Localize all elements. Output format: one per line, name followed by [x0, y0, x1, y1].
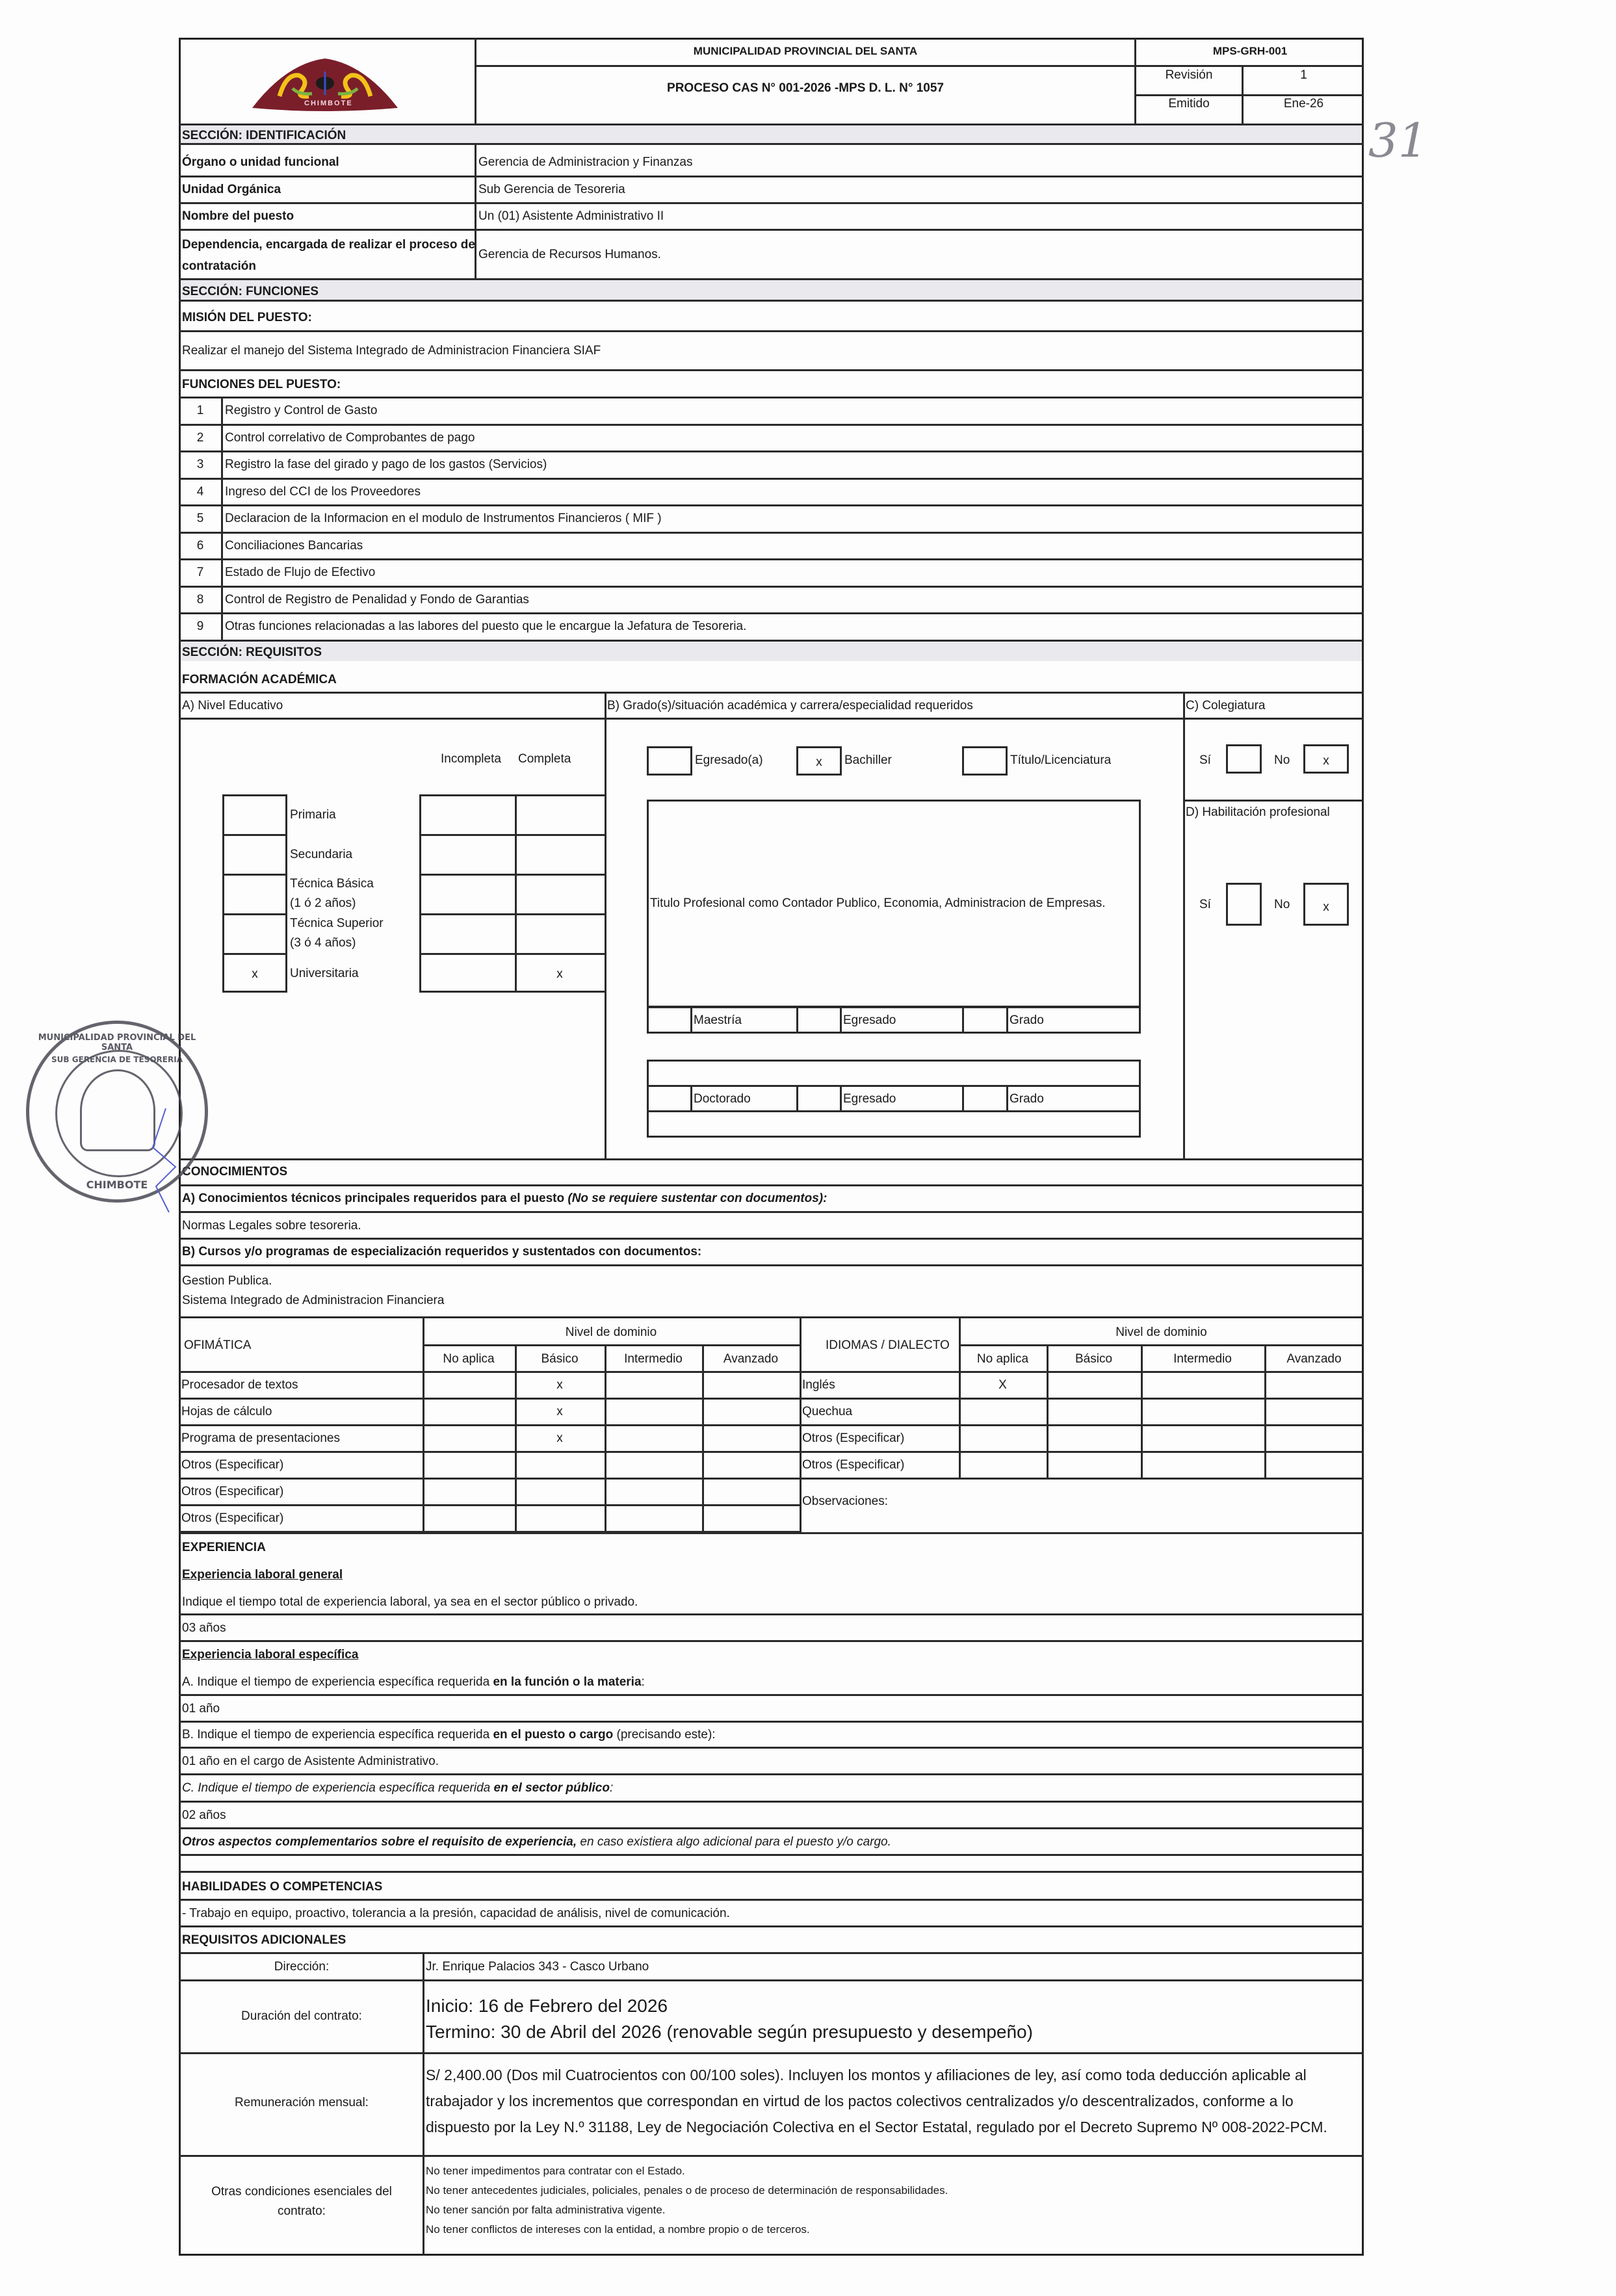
experiencia-a-prompt: A. Indique el tiempo de experiencia espe… [182, 1676, 645, 1688]
horizontal-rule [179, 1371, 800, 1373]
habilitacion-si-checkbox[interactable] [1226, 883, 1262, 926]
condiciones-label-2: contrato: [181, 2205, 423, 2217]
horizontal-rule [179, 1451, 800, 1453]
horizontal-rule [179, 1613, 1364, 1615]
nivel-label: Universitaria [290, 967, 359, 980]
experiencia-general-prompt: Indique el tiempo total de experiencia l… [182, 1596, 638, 1608]
handwritten-page-number: 31 [1368, 117, 1428, 164]
horizontal-rule [179, 397, 1364, 398]
municipality-logo: CHIMBOTE [247, 57, 403, 112]
funcion-number: 5 [181, 512, 220, 525]
vertical-rule [840, 1085, 842, 1112]
ofimatica-column-header: Intermedio [605, 1353, 702, 1365]
funcion-text: Conciliaciones Bancarias [225, 540, 363, 552]
doctorado-label: Doctorado [694, 1093, 751, 1105]
vertical-rule [796, 1085, 798, 1112]
conocimientos-title: CONOCIMIENTOS [182, 1166, 287, 1178]
conocimientos-b-value-1: Gestion Publica. [182, 1275, 272, 1287]
vertical-rule [962, 1006, 964, 1034]
issued-label: Emitido [1136, 98, 1242, 110]
horizontal-rule [179, 1211, 1364, 1213]
horizontal-rule [179, 532, 1364, 534]
horizontal-rule [1134, 94, 1364, 96]
experiencia-b-prompt-text: B. Indique el tiempo de experiencia espe… [182, 1728, 493, 1742]
horizontal-rule [179, 478, 1364, 480]
horizontal-rule [179, 586, 1364, 588]
revision-label: Revisión [1136, 69, 1242, 81]
grado-option-label: Bachiller [844, 754, 892, 766]
doctorado-footer-row [647, 1110, 1141, 1138]
funcion-text: Registro y Control de Gasto [225, 404, 377, 417]
horizontal-rule [179, 369, 1364, 371]
horizontal-rule [959, 1344, 1364, 1346]
ofimatica-row-label: Programa de presentaciones [181, 1432, 340, 1444]
horizontal-rule [179, 229, 1364, 231]
horizontal-rule [179, 1899, 1364, 1901]
doctorado-egresado-label: Egresado [843, 1093, 896, 1105]
conocimientos-b-value-2: Sistema Integrado de Administracion Fina… [182, 1294, 444, 1307]
habilitacion-si-label: Sí [1199, 898, 1211, 911]
horizontal-rule [800, 1478, 1364, 1480]
idiomas-column-header: Avanzado [1264, 1353, 1364, 1365]
horizontal-rule [179, 1721, 1364, 1723]
ofimatica-column-header: No aplica [423, 1353, 515, 1365]
nivel-selected-mark[interactable]: x [222, 967, 287, 982]
horizontal-rule [179, 1316, 1364, 1318]
doctorado-header-row [647, 1060, 1141, 1087]
horizontal-rule [179, 2155, 1364, 2157]
vertical-rule [840, 1006, 842, 1034]
logo-text: CHIMBOTE [304, 100, 353, 107]
experiencia-otros-bold: Otros aspectos complementarios sobre el … [182, 1835, 577, 1849]
condicion-4: No tener conflictos de intereses con la … [426, 2224, 810, 2235]
horizontal-rule [179, 143, 1364, 145]
ofimatica-nivel-label: Nivel de dominio [423, 1326, 800, 1338]
condicion-2: No tener antecedentes judiciales, polici… [426, 2185, 948, 2196]
horizontal-rule [179, 424, 1364, 426]
experiencia-b-prompt-bold: en el puesto o cargo [493, 1728, 613, 1742]
funcion-number: 2 [181, 432, 220, 444]
idiomas-column-header: Básico [1047, 1353, 1141, 1365]
process-title: PROCESO CAS N° 001-2026 -MPS D. L. N° 10… [476, 82, 1134, 94]
horizontal-rule [179, 1424, 800, 1426]
duracion-label: Duración del contrato: [181, 2010, 423, 2022]
vertical-rule [796, 1006, 798, 1034]
experiencia-c-prompt: C. Indique el tiempo de experiencia espe… [182, 1782, 613, 1794]
colegiatura-si-label: Sí [1199, 754, 1211, 766]
section-title-identificacion: SECCIÓN: IDENTIFICACIÓN [182, 129, 346, 142]
horizontal-rule [179, 1478, 800, 1480]
horizontal-rule [419, 874, 605, 876]
experiencia-b-value: 01 año en el cargo de Asistente Administ… [182, 1755, 439, 1768]
ofimatica-row-label: Hojas de cálculo [181, 1405, 272, 1418]
experiencia-a-prompt-text: A. Indique el tiempo de experiencia espe… [182, 1675, 493, 1689]
horizontal-rule [179, 1158, 1364, 1160]
remuneracion-line-1: S/ 2,400.00 (Dos mil Cuatrocientos con 0… [426, 2068, 1307, 2083]
ofimatica-level-cell[interactable]: x [515, 1432, 605, 1444]
funcion-number: 4 [181, 486, 220, 498]
vertical-rule [1006, 1006, 1008, 1034]
idiomas-row-label: Inglés [802, 1379, 835, 1391]
experiencia-a-prompt-bold: en la función o la materia [493, 1675, 641, 1689]
funcion-number: 6 [181, 540, 220, 552]
grado-option-checkbox[interactable] [962, 746, 1008, 776]
treasury-stamp: MUNICIPALIDAD PROVINCIAL DEL SANTA SUB G… [26, 1021, 208, 1203]
nivel-label: Secundaria [290, 848, 352, 861]
stamp-outer-text: MUNICIPALIDAD PROVINCIAL DEL SANTA [29, 1033, 205, 1052]
doctorado-grado-label: Grado [1010, 1093, 1044, 1105]
horizontal-rule [179, 1952, 1364, 1954]
funcion-text: Registro la fase del girado y pago de lo… [225, 458, 547, 471]
ofimatica-row-label: Otros (Especificar) [181, 1459, 283, 1471]
conocimientos-b-title: B) Cursos y/o programas de especializaci… [182, 1246, 701, 1258]
id-label-puesto: Nombre del puesto [182, 210, 294, 222]
mision-title: MISIÓN DEL PUESTO: [182, 311, 312, 324]
experiencia-otros-rest: en caso existiera algo adicional para el… [577, 1835, 891, 1849]
horizontal-rule [179, 1238, 1364, 1240]
habilidades-value: - Trabajo en equipo, proactivo, toleranc… [182, 1907, 730, 1920]
id-label-dependencia-2: contratación [182, 260, 256, 272]
grado-title: B) Grado(s)/situación académica y carrer… [607, 699, 973, 712]
duracion-termino: Termino: 30 de Abril del 2026 (renovable… [426, 2023, 1033, 2041]
idiomas-nivel-label: Nivel de dominio [959, 1326, 1364, 1338]
vertical-rule [1183, 692, 1185, 1160]
horizontal-rule [179, 176, 1364, 177]
nivel-status-grid [419, 794, 605, 993]
horizontal-rule [800, 1371, 1364, 1373]
signature-scribble-icon [140, 1108, 192, 1212]
conocimientos-a-value: Normas Legales sobre tesoreria. [182, 1220, 361, 1232]
condicion-1: No tener impedimentos para contratar con… [426, 2165, 685, 2176]
habilitacion-no-label: No [1274, 898, 1290, 911]
horizontal-rule [800, 1424, 1364, 1426]
nivel-label: Técnica Básica [290, 878, 374, 890]
document-code: MPS-GRH-001 [1136, 46, 1364, 57]
habilitacion-no-checkbox[interactable]: x [1303, 883, 1349, 926]
experiencia-a-value: 01 año [182, 1702, 220, 1715]
experiencia-c-value: 02 años [182, 1809, 226, 1821]
horizontal-rule [179, 1264, 1364, 1266]
remuneracion-line-2: trabajador y los incrementos que corresp… [426, 2094, 1294, 2109]
grado-option-label: Título/Licenciatura [1010, 754, 1111, 766]
horizontal-rule [179, 1854, 1364, 1856]
direccion-value: Jr. Enrique Palacios 343 - Casco Urbano [426, 1961, 649, 1973]
id-label-unidad: Unidad Orgánica [182, 183, 281, 196]
idiomas-row-label: Otros (Especificar) [802, 1432, 904, 1444]
horizontal-rule [800, 1398, 1364, 1400]
experiencia-b-prompt-end: (precisando este): [613, 1728, 715, 1742]
grado-option-label: Egresado(a) [695, 754, 763, 766]
horizontal-rule [222, 913, 287, 915]
experiencia-general-title: Experiencia laboral general [182, 1569, 343, 1581]
vertical-rule [690, 1006, 692, 1034]
formacion-title: FORMACIÓN ACADÉMICA [182, 673, 337, 686]
ofimatica-row-label: Otros (Especificar) [181, 1512, 283, 1524]
section-identificacion [181, 125, 1362, 143]
horizontal-rule [800, 1451, 1364, 1453]
grado-option-mark: x [796, 755, 842, 770]
experiencia-otros: Otros aspectos complementarios sobre el … [182, 1836, 891, 1848]
funcion-text: Control correlativo de Comprobantes de p… [225, 432, 475, 444]
horizontal-rule [222, 874, 287, 876]
id-value-puesto: Un (01) Asistente Administrativo II [478, 210, 664, 222]
layout-element [153, 1108, 176, 1212]
vertical-rule [515, 794, 517, 993]
horizontal-rule [179, 1871, 1364, 1873]
horizontal-rule [179, 1398, 800, 1400]
nivel-completa-mark[interactable]: x [515, 967, 605, 982]
duracion-inicio: Inicio: 16 de Febrero del 2026 [426, 1997, 668, 2015]
horizontal-rule [179, 1925, 1364, 1927]
horizontal-rule [179, 2052, 1364, 2054]
funcion-text: Control de Registro de Penalidad y Fondo… [225, 594, 529, 606]
horizontal-rule [419, 834, 605, 836]
remuneracion-line-3: dispuesto por la Ley N.º 31188, Ley de N… [426, 2120, 1327, 2135]
funciones-title: FUNCIONES DEL PUESTO: [182, 378, 341, 391]
revision-value: 1 [1244, 69, 1364, 81]
conocimientos-a: A) Conocimientos técnicos principales re… [182, 1192, 827, 1205]
id-label-organo: Órgano o unidad funcional [182, 156, 339, 168]
grado-option-checkbox[interactable] [647, 746, 692, 776]
layout-element: x [1305, 900, 1347, 915]
vertical-rule [605, 692, 606, 1160]
funcion-text: Declaracion de la Informacion en el modu… [225, 512, 662, 525]
horizontal-rule [179, 1184, 1364, 1186]
colegiatura-no-label: No [1274, 754, 1290, 766]
horizontal-rule [179, 1747, 1364, 1749]
horizontal-rule [222, 834, 287, 836]
horizontal-rule [179, 300, 1364, 302]
vertical-rule [690, 1085, 692, 1112]
id-value-organo: Gerencia de Administracion y Finanzas [478, 156, 693, 168]
nivel-label-sub: (1 ó 2 años) [290, 897, 356, 909]
horizontal-rule [179, 330, 1364, 332]
nivel-label: Técnica Superior [290, 917, 384, 930]
experiencia-a-prompt-end: : [642, 1675, 645, 1689]
condicion-3: No tener sanción por falta administrativ… [426, 2204, 666, 2215]
habilitacion-title: D) Habilitación profesional [1186, 806, 1330, 818]
funcion-number: 7 [181, 566, 220, 579]
horizontal-rule [179, 640, 1364, 642]
funcion-text: Estado de Flujo de Efectivo [225, 566, 375, 579]
funcion-number: 8 [181, 594, 220, 606]
ofimatica-level-cell[interactable]: x [515, 1379, 605, 1391]
funcion-number: 9 [181, 620, 220, 633]
ofimatica-column-header: Básico [515, 1353, 605, 1365]
horizontal-rule [179, 1773, 1364, 1775]
vertical-rule [962, 1085, 964, 1112]
col-incompleta: Incompleta [441, 753, 501, 765]
idiomas-level-cell[interactable]: X [959, 1379, 1047, 1391]
experiencia-c-prompt-end: : [610, 1781, 613, 1795]
horizontal-rule [179, 504, 1364, 506]
nivel-checkbox-column [222, 794, 287, 993]
id-label-dependencia-1: Dependencia, encargada de realizar el pr… [182, 239, 475, 251]
idiomas-title: IDIOMAS / DIALECTO [826, 1339, 950, 1351]
horizontal-rule [179, 450, 1364, 452]
experiencia-title: EXPERIENCIA [182, 1541, 266, 1554]
idiomas-row-label: Quechua [802, 1405, 852, 1418]
experiencia-b-prompt: B. Indique el tiempo de experiencia espe… [182, 1729, 716, 1741]
horizontal-rule [179, 1694, 1364, 1696]
horizontal-rule [179, 1827, 1364, 1829]
institution-name: MUNICIPALIDAD PROVINCIAL DEL SANTA [476, 46, 1134, 57]
idiomas-column-header: No aplica [959, 1353, 1047, 1365]
adicionales-title: REQUISITOS ADICIONALES [182, 1934, 346, 1946]
observaciones-label: Observaciones: [802, 1495, 888, 1507]
id-value-dependencia: Gerencia de Recursos Humanos. [478, 248, 661, 261]
section-title-requisitos: SECCIÓN: REQUISITOS [182, 646, 322, 659]
horizontal-rule [179, 202, 1364, 204]
colegiatura-title: C) Colegiatura [1186, 699, 1266, 712]
nivel-label-sub: (3 ó 4 años) [290, 937, 356, 949]
horizontal-rule [179, 1504, 800, 1506]
col-completa: Completa [518, 753, 571, 765]
carrera-text: Titulo Profesional como Contador Publico… [650, 897, 1106, 909]
mision-text: Realizar el manejo del Sistema Integrado… [182, 345, 601, 357]
nivel-educativo-title: A) Nivel Educativo [182, 699, 283, 712]
remuneracion-label: Remuneración mensual: [181, 2096, 423, 2109]
issued-value: Ene-26 [1244, 98, 1364, 110]
conocimientos-a-title: A) Conocimientos técnicos principales re… [182, 1192, 567, 1205]
vertical-rule [475, 143, 476, 296]
horizontal-rule [179, 558, 1364, 560]
condiciones-label-1: Otras condiciones esenciales del [181, 2185, 423, 2198]
horizontal-rule [179, 718, 1364, 720]
horizontal-rule [179, 612, 1364, 614]
idiomas-column-header: Intermedio [1141, 1353, 1264, 1365]
ofimatica-title: OFIMÁTICA [184, 1339, 251, 1351]
vertical-rule [423, 1952, 424, 2256]
habilidades-title: HABILIDADES O COMPETENCIAS [182, 1881, 382, 1893]
maestria-egresado-label: Egresado [843, 1014, 896, 1026]
ofimatica-column-header: Avanzado [702, 1353, 800, 1365]
experiencia-c-prompt-bold: en el sector público [494, 1781, 610, 1795]
funcion-text: Ingreso del CCI de los Proveedores [225, 486, 421, 498]
nivel-label: Primaria [290, 809, 336, 821]
direccion-label: Dirección: [181, 1961, 423, 1973]
horizontal-rule [179, 1801, 1364, 1803]
colegiatura-no-checkbox[interactable]: x [1303, 744, 1349, 774]
experiencia-especifica-title: Experiencia laboral específica [182, 1649, 358, 1661]
conocimientos-a-note: (No se requiere sustentar con documentos… [567, 1192, 827, 1205]
layout-element: x [1305, 754, 1347, 768]
horizontal-rule [475, 65, 1364, 67]
ofimatica-row-label: Otros (Especificar) [181, 1485, 283, 1498]
ofimatica-row-label: Procesador de textos [181, 1379, 298, 1391]
experiencia-c-prompt-text: C. Indique el tiempo de experiencia espe… [182, 1781, 494, 1795]
horizontal-rule [423, 1344, 800, 1346]
maestria-grado-label: Grado [1010, 1014, 1044, 1026]
funcion-number: 3 [181, 458, 220, 471]
horizontal-rule [419, 913, 605, 915]
funcion-number: 1 [181, 404, 220, 417]
section-funciones [181, 280, 1362, 300]
horizontal-rule [1183, 800, 1364, 802]
idiomas-row-label: Otros (Especificar) [802, 1459, 904, 1471]
ofimatica-level-cell[interactable]: x [515, 1405, 605, 1418]
horizontal-rule [179, 692, 1364, 694]
horizontal-rule [222, 953, 287, 955]
id-value-unidad: Sub Gerencia de Tesoreria [478, 183, 625, 196]
maestria-label: Maestría [694, 1014, 742, 1026]
section-requisitos [181, 640, 1362, 661]
horizontal-rule [179, 1531, 800, 1533]
vertical-rule [221, 397, 223, 640]
stamp-inner-text: SUB GERENCIA DE TESORERIA [29, 1055, 205, 1064]
horizontal-rule [419, 953, 605, 955]
experiencia-general-value: 03 años [182, 1622, 226, 1634]
horizontal-rule [179, 1979, 1364, 1981]
colegiatura-si-checkbox[interactable] [1226, 744, 1262, 774]
vertical-rule [1006, 1085, 1008, 1112]
section-title-funciones: SECCIÓN: FUNCIONES [182, 285, 319, 298]
funcion-text: Otras funciones relacionadas a las labor… [225, 620, 746, 633]
horizontal-rule [179, 1640, 1364, 1642]
